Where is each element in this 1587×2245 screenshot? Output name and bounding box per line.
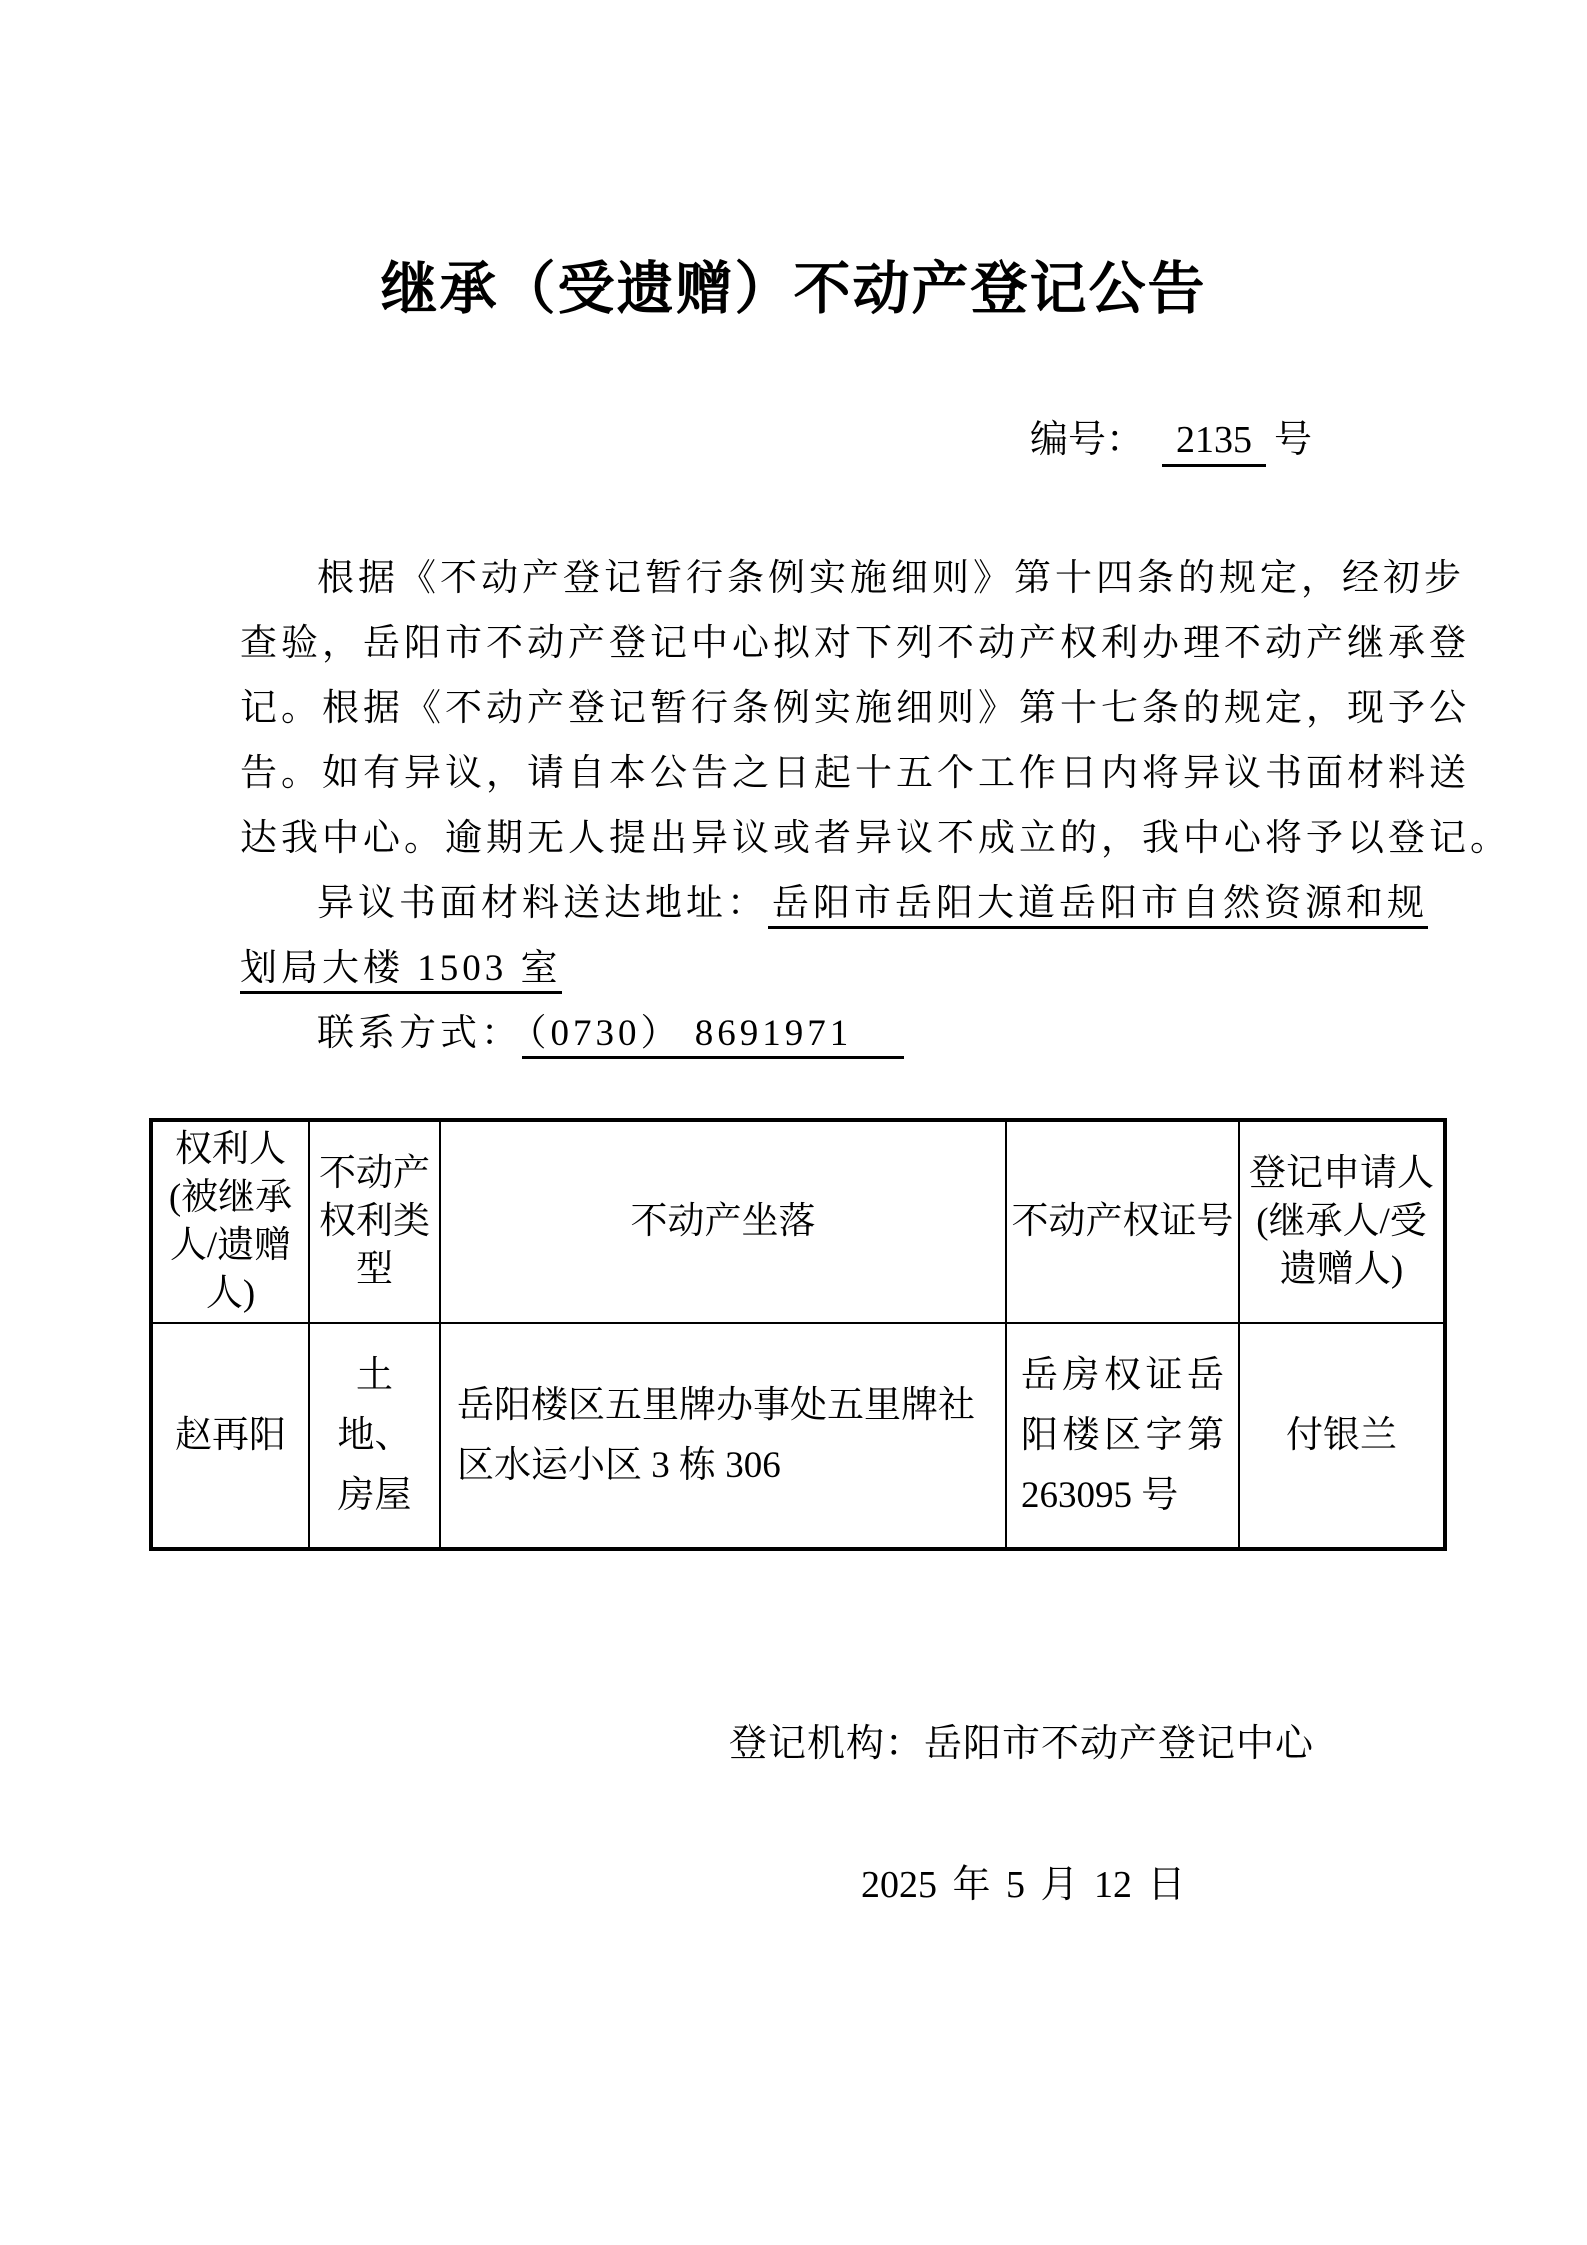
contact-value: （0730） 8691971: [522, 1013, 904, 1059]
paragraph-line: 查验，岳阳市不动产登记中心拟对下列不动产权利办理不动产继承登: [240, 611, 1430, 676]
paragraph-line: 达我中心。逾期无人提出异议或者异议不成立的，我中心将予以登记。: [240, 806, 1430, 871]
col-header-applicant: 登记申请人(继承人/受遗赠人): [1239, 1120, 1445, 1323]
cell-certificate-no: 岳房权证岳阳楼区字第 263095 号: [1006, 1323, 1239, 1549]
address-line: 异议书面材料送达地址：岳阳市岳阳大道岳阳市自然资源和规: [240, 871, 1430, 936]
document-page: 继承（受遗赠）不动产登记公告 编号：2135号 根据《不动产登记暂行条例实施细则…: [0, 0, 1587, 2245]
body-paragraph: 根据《不动产登记暂行条例实施细则》第十四条的规定，经初步 查验，岳阳市不动产登记…: [240, 546, 1430, 1066]
col-header-right-type: 不动产权利类型: [309, 1120, 440, 1323]
table-row: 赵再阳 土地、房屋 岳阳楼区五里牌办事处五里牌社区水运小区 3 栋 306 岳房…: [151, 1323, 1445, 1549]
registry-authority-line: 登记机构：岳阳市不动产登记中心: [729, 1712, 1314, 1767]
serial-label: 编号：: [1030, 419, 1144, 461]
contact-label: 联系方式：: [317, 1013, 522, 1054]
paragraph-line: 记。根据《不动产登记暂行条例实施细则》第十七条的规定，现予公: [240, 676, 1430, 741]
paragraph-line: 根据《不动产登记暂行条例实施细则》第十四条的规定，经初步: [240, 546, 1430, 611]
address-line-continued: 划局大楼 1503 室: [240, 936, 1430, 1001]
contact-line: 联系方式：（0730） 8691971: [240, 1001, 1430, 1066]
col-header-location: 不动产坐落: [440, 1120, 1006, 1323]
page-title: 继承（受遗赠）不动产登记公告: [0, 243, 1587, 325]
serial-line: 编号：2135号: [1030, 408, 1312, 467]
col-header-rightholder: 权利人(被继承人/遗赠人): [151, 1120, 309, 1323]
cell-applicant: 付银兰: [1239, 1323, 1445, 1549]
date-line: 2025 年 5 月 12 日: [861, 1853, 1186, 1908]
property-table: 权利人(被继承人/遗赠人) 不动产权利类型 不动产坐落 不动产权证号 登记申请人…: [149, 1118, 1447, 1551]
paragraph-line: 告。如有异议，请自本公告之日起十五个工作日内将异议书面材料送: [240, 741, 1430, 806]
cell-rightholder: 赵再阳: [151, 1323, 309, 1549]
serial-suffix: 号: [1274, 419, 1312, 461]
serial-value: 2135: [1162, 418, 1266, 467]
col-header-certificate-no: 不动产权证号: [1006, 1120, 1239, 1323]
cell-location: 岳阳楼区五里牌办事处五里牌社区水运小区 3 栋 306: [440, 1323, 1006, 1549]
address-value-part2: 划局大楼 1503 室: [240, 948, 562, 994]
cell-right-type: 土地、房屋: [309, 1323, 440, 1549]
address-label: 异议书面材料送达地址：: [317, 883, 768, 924]
table-header-row: 权利人(被继承人/遗赠人) 不动产权利类型 不动产坐落 不动产权证号 登记申请人…: [151, 1120, 1445, 1323]
address-value-part1: 岳阳市岳阳大道岳阳市自然资源和规: [768, 883, 1428, 929]
